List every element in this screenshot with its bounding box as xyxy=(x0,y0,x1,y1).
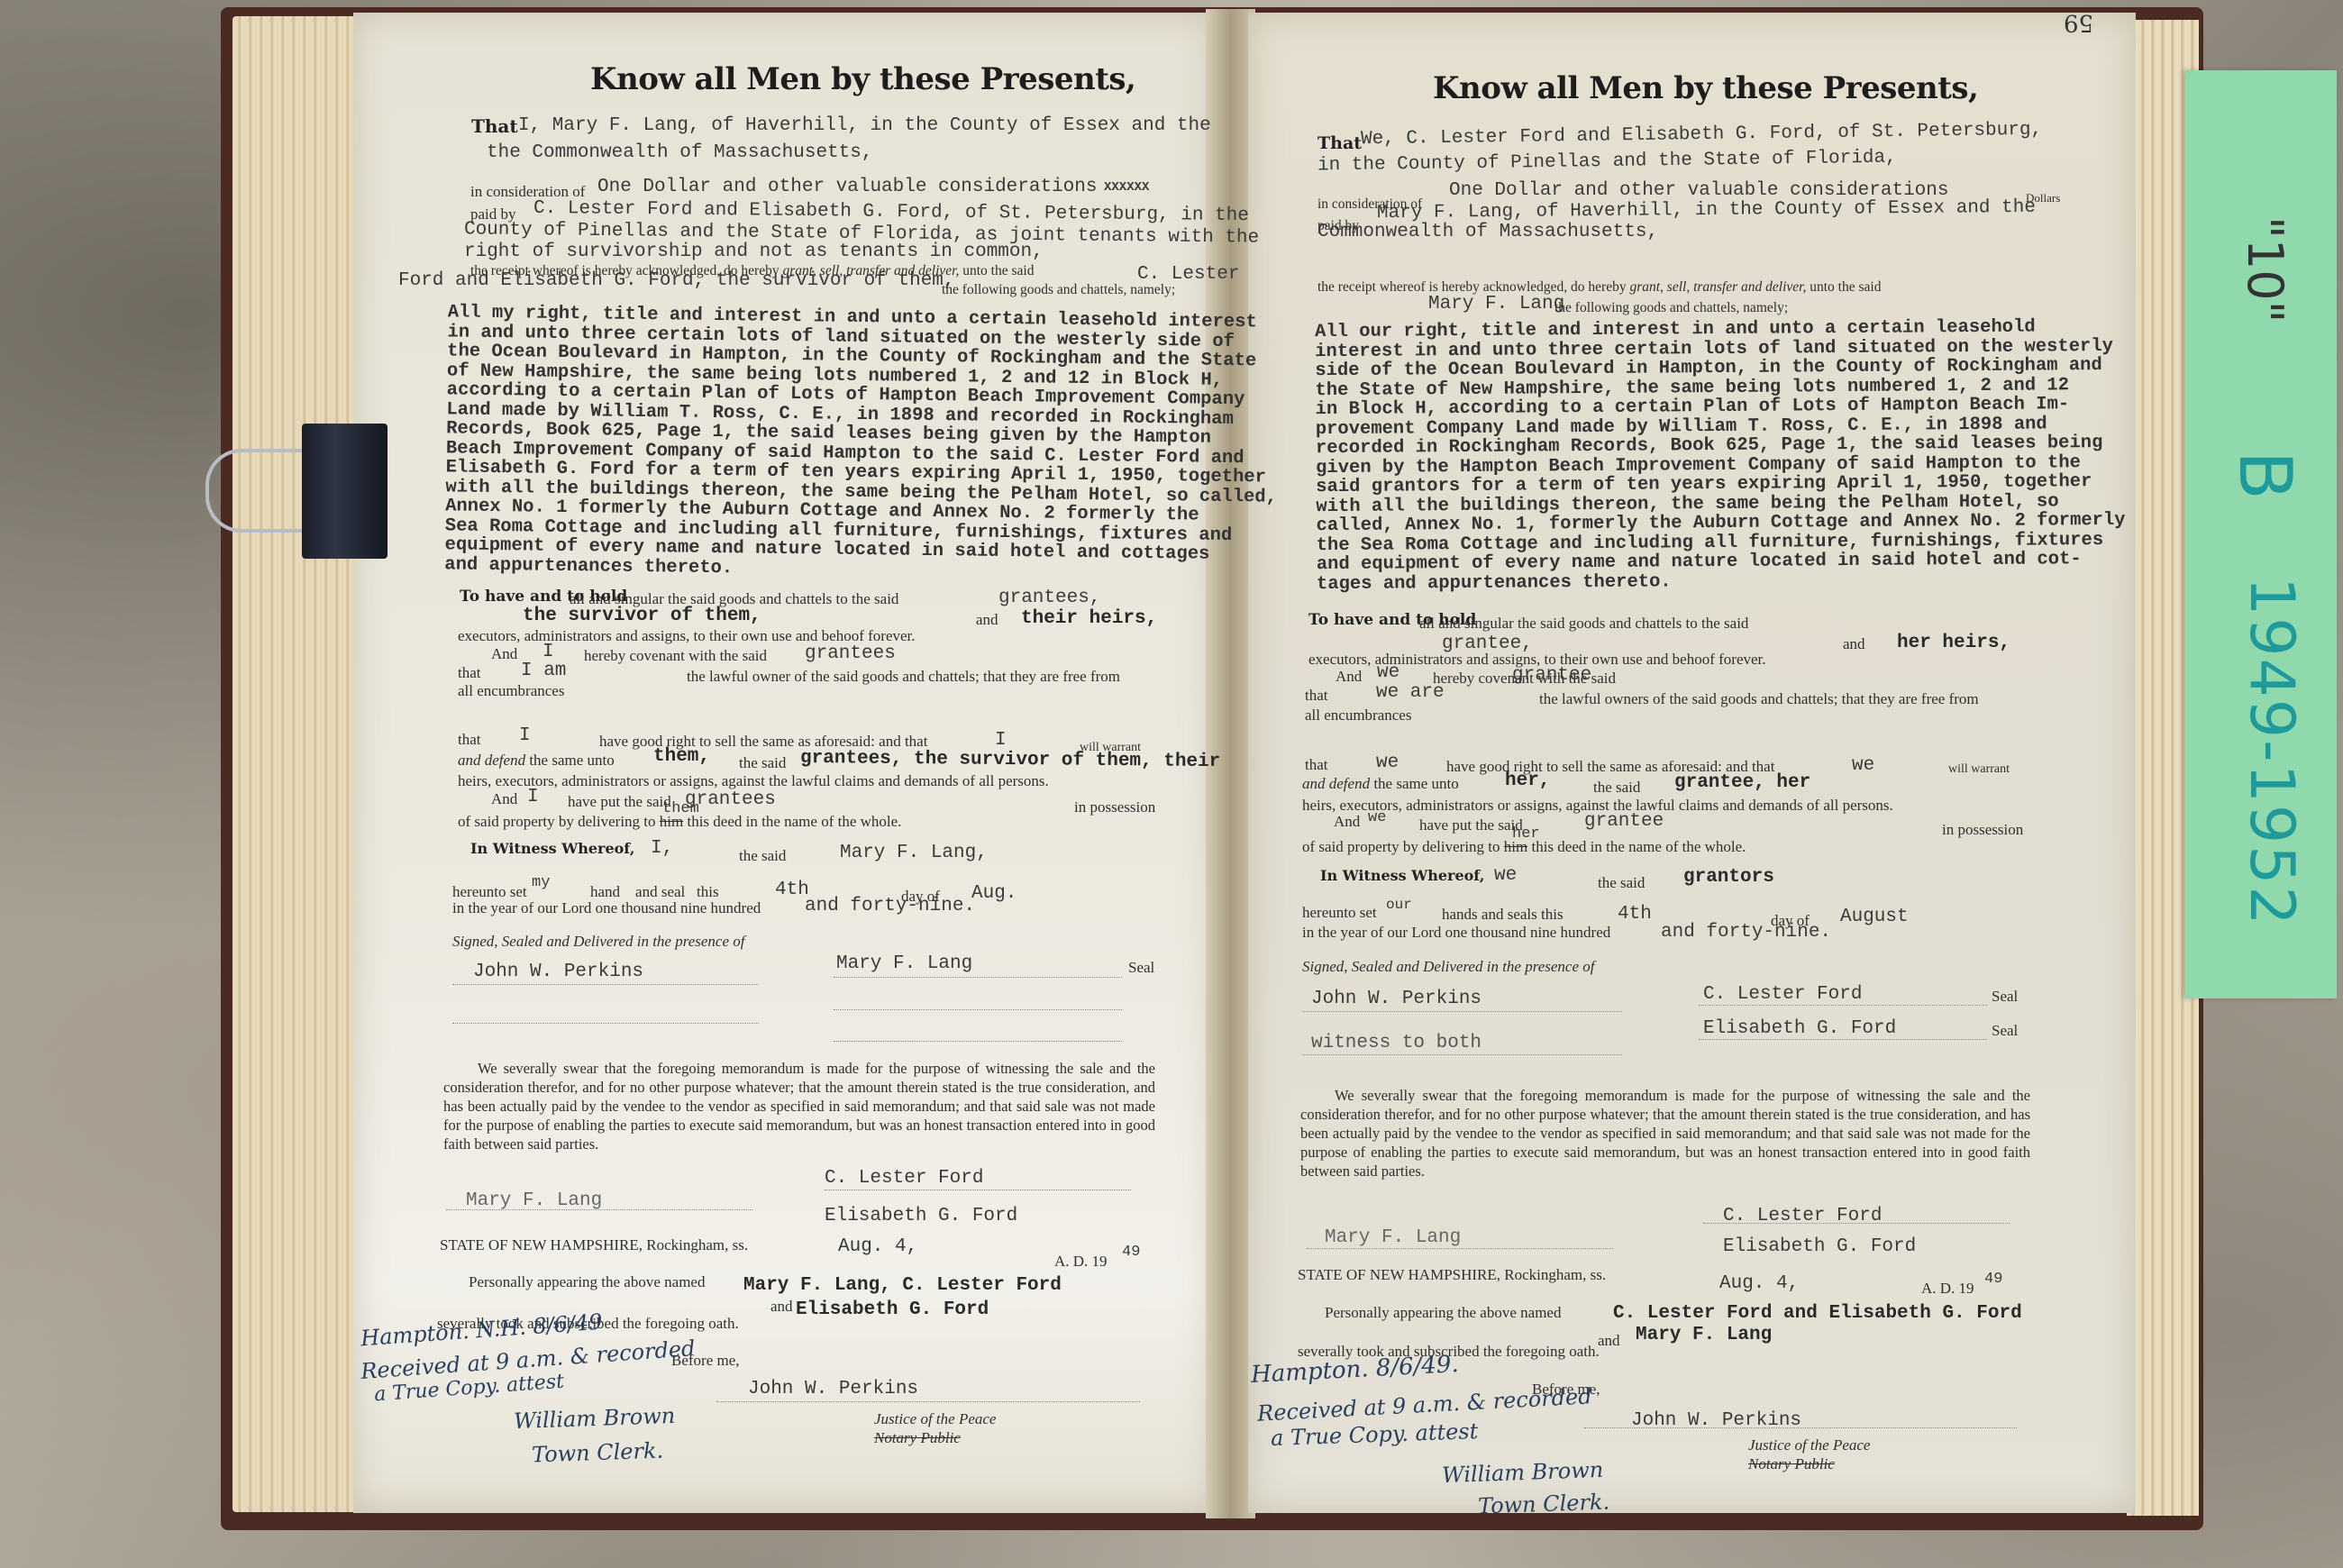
right-and-put: And xyxy=(1334,813,1360,831)
left-signed-label: Signed, Sealed and Delivered in the pres… xyxy=(452,933,744,951)
right-witness-line xyxy=(1302,1011,1622,1012)
left-defend-to: them, xyxy=(653,746,710,767)
right-appearing: Personally appearing the above named xyxy=(1325,1304,1561,1322)
left-jp-line xyxy=(716,1401,1140,1402)
left-oath-line1 xyxy=(825,1190,1131,1190)
left-hand-seal: hand and seal this xyxy=(590,883,719,901)
left-dollars-struck: XXXXXX xyxy=(1104,180,1149,195)
left-habendum-grantee: grantees, xyxy=(998,588,1100,608)
right-jp-line xyxy=(1584,1427,2017,1428)
right-hand-seal: hands and seals this xyxy=(1442,906,1564,924)
left-notary-struck: Notary Public xyxy=(874,1429,961,1447)
right-owner-subject: we are xyxy=(1376,682,1445,703)
right-defend-parties: grantee, her xyxy=(1674,772,1810,793)
right-receipt: the receipt whereof is hereby acknowledg… xyxy=(1317,279,1881,296)
right-witness-signature: John W. Perkins xyxy=(1311,989,1481,1009)
left-and-put: And xyxy=(491,790,517,808)
right-right-subject: we xyxy=(1376,752,1399,773)
right-witness-name: grantors xyxy=(1683,867,1774,888)
left-oath-line-left xyxy=(446,1209,752,1210)
left-signer-line-3 xyxy=(834,1041,1122,1042)
right-year-value: and forty-nine. xyxy=(1661,922,1831,943)
left-paid-by-line3: right of survivorship and not as tenants… xyxy=(464,242,1044,262)
right-seal-label-1: Seal xyxy=(1992,988,2018,1006)
right-year-text: in the year of our Lord one thousand nin… xyxy=(1302,924,1610,942)
right-oath-line1 xyxy=(1703,1223,2010,1224)
right-put-text: have put the said xyxy=(1419,816,1523,834)
right-hereunto: hereunto set xyxy=(1302,904,1377,922)
left-appearing: Personally appearing the above named xyxy=(469,1273,705,1291)
right-witness-lead: In Witness Whereof, xyxy=(1320,867,1484,884)
right-habendum-text: all and singular the said goods and chat… xyxy=(1419,615,1748,633)
right-warrant-subject: we xyxy=(1852,755,1874,776)
right-day: 4th xyxy=(1618,904,1652,925)
right-appearing-names: C. Lester Ford and Elisabeth G. Ford xyxy=(1613,1303,2022,1324)
left-signer-line xyxy=(834,977,1122,978)
left-oath-sig-right1: C. Lester Ford xyxy=(825,1168,983,1189)
left-year-value: and forty-nine. xyxy=(805,896,975,916)
right-signer2-signature: Elisabeth G. Ford xyxy=(1703,1018,1896,1039)
left-ad: A. D. 19 xyxy=(1054,1253,1108,1271)
left-that-label: that xyxy=(458,664,481,682)
page-number: 59 xyxy=(2064,9,2093,36)
left-seal-label: Seal xyxy=(1128,959,1154,977)
left-oath-sig-right2: Elisabeth G. Ford xyxy=(825,1206,1017,1226)
left-appearing-names2: Elisabeth G. Ford xyxy=(796,1299,989,1320)
right-defend: and defend the same unto xyxy=(1302,775,1459,793)
left-right-subject: I xyxy=(519,725,531,746)
left-put-subject: I xyxy=(527,787,539,807)
right-delivering: of said property by delivering to him th… xyxy=(1302,838,1746,856)
right-month: August xyxy=(1840,907,1909,927)
right-ad: A. D. 19 xyxy=(1921,1280,1974,1298)
left-put-text: have put the said xyxy=(568,793,671,811)
left-habendum-heirs: their heirs, xyxy=(1021,608,1157,629)
right-that-right: that xyxy=(1305,756,1328,774)
right-witness-subject: we xyxy=(1494,865,1517,886)
right-signer2-line xyxy=(1699,1039,1987,1040)
left-hereunto: hereunto set xyxy=(452,883,527,901)
left-witness-subject: I, xyxy=(651,838,673,859)
left-jp-title: Justice of the Peace xyxy=(874,1410,996,1428)
left-the-said: the said xyxy=(739,754,786,772)
left-goods-label: the following goods and chattels, namely… xyxy=(942,282,1175,298)
right-oath-text: We severally swear that the foregoing me… xyxy=(1300,1086,2030,1181)
right-oath-sig-left: Mary F. Lang xyxy=(1325,1227,1461,1248)
left-defend: and defend the same unto xyxy=(458,752,615,770)
left-habendum-and: and xyxy=(976,611,998,629)
right-signer1-line xyxy=(1699,1005,1987,1006)
left-page-title: Know all Men by these Presents, xyxy=(590,61,1135,97)
left-oath-sig-left: Mary F. Lang xyxy=(466,1190,602,1211)
right-habendum-heirs: her heirs, xyxy=(1897,633,2010,653)
left-that-right: that xyxy=(458,731,481,749)
left-grantor-line1: I, Mary F. Lang, of Haverhill, in the Co… xyxy=(518,115,1211,136)
right-oath-date: Aug. 4, xyxy=(1719,1273,1799,1294)
left-encumbrances: all encumbrances xyxy=(458,682,564,700)
binder-clip xyxy=(302,424,387,559)
left-witness-the-said: the said xyxy=(739,847,786,865)
right-covenant-with: grantee xyxy=(1512,665,1591,686)
left-habendum-grantee2: the survivor of them, xyxy=(523,606,761,626)
right-in-possession: in possession xyxy=(1942,821,2023,839)
right-appearing-names2: Mary F. Lang xyxy=(1636,1325,1772,1345)
left-owner-text: the lawful owner of the said goods and c… xyxy=(687,668,1120,686)
right-grantee-line: Mary F. Lang xyxy=(1428,294,1564,315)
sticky-note-number: "10" xyxy=(2237,216,2293,323)
right-appearing-and: and xyxy=(1598,1332,1620,1350)
left-jp-name: John W. Perkins xyxy=(748,1379,918,1399)
left-signer-signature: Mary F. Lang xyxy=(836,953,972,974)
left-consideration-value: One Dollar and other valuable considerat… xyxy=(597,177,1098,197)
left-witness-lead: In Witness Whereof, xyxy=(470,840,634,857)
left-habendum-executors: executors, administrators and assigns, t… xyxy=(458,627,916,645)
right-page-title: Know all Men by these Presents, xyxy=(1433,70,1978,106)
right-put-party: grantee xyxy=(1584,811,1664,832)
right-possessive: our xyxy=(1386,897,1412,913)
left-that-lead: That xyxy=(471,115,518,137)
sticky-note-range: 1949-1952 xyxy=(2236,577,2307,927)
left-receipt-unto: unto the said xyxy=(962,263,1034,278)
left-heirs-text: heirs, executors, administrators or assi… xyxy=(458,772,1049,790)
left-year-text: in the year of our Lord one thousand nin… xyxy=(452,899,761,917)
right-jp-title: Justice of the Peace xyxy=(1748,1436,1870,1454)
right-owner-text: the lawful owners of the said goods and … xyxy=(1539,690,1979,708)
left-covenant-text: hereby covenant with the said xyxy=(584,647,767,665)
left-appearing-names: Mary F. Lang, C. Lester Ford xyxy=(743,1275,1062,1296)
left-covenant-subject: I xyxy=(542,642,554,662)
right-the-said: the said xyxy=(1593,779,1640,797)
right-description: All our right, title and interest in and… xyxy=(1315,317,2126,594)
left-possessive: my xyxy=(532,874,550,891)
left-covenant-with: grantees xyxy=(805,643,896,664)
right-handwritten-title: Town Clerk. xyxy=(1478,1489,1610,1518)
left-page-stack xyxy=(232,16,359,1512)
left-appearing-and: and xyxy=(770,1298,793,1316)
right-will-warrant: will warrant xyxy=(1948,762,2010,777)
right-signed-label: Signed, Sealed and Delivered in the pres… xyxy=(1302,958,1594,976)
right-witness-note: witness to both xyxy=(1311,1033,1481,1053)
right-encumbrances: all encumbrances xyxy=(1305,707,1411,725)
left-handwritten-title: Town Clerk. xyxy=(532,1437,664,1467)
right-defend-to: her, xyxy=(1505,770,1550,791)
right-that-label: that xyxy=(1305,687,1328,705)
left-description: All my right, title and interest in and … xyxy=(444,303,1279,584)
left-in-possession: in possession xyxy=(1074,798,1155,816)
left-warrant-subject: I xyxy=(995,730,1007,751)
right-habendum-and: and xyxy=(1843,635,1865,653)
left-signer-line-2 xyxy=(834,1009,1122,1010)
left-grantee-line: Ford and Elisabeth G. Ford, the survivor… xyxy=(398,270,955,291)
right-signer1-signature: C. Lester Ford xyxy=(1703,984,1862,1005)
left-witness-line-2 xyxy=(452,1023,759,1024)
right-put-subject: we xyxy=(1368,809,1386,826)
left-oath-text: We severally swear that the foregoing me… xyxy=(443,1059,1155,1153)
left-owner-subject: I am xyxy=(521,661,566,681)
right-that-lead: That xyxy=(1317,133,1362,153)
left-delivering: of said property by delivering to him th… xyxy=(458,813,901,831)
right-covenant-subject: we xyxy=(1377,662,1399,683)
right-and-label: And xyxy=(1336,668,1362,686)
left-witness-line xyxy=(452,984,759,985)
right-notary-struck: Notary Public xyxy=(1748,1455,1835,1473)
left-witness-name: Mary F. Lang, xyxy=(840,843,988,863)
right-state: STATE OF NEW HAMPSHIRE, Rockingham, ss. xyxy=(1298,1266,1606,1284)
right-paid-by-line2: Commonwealth of Massachusetts, xyxy=(1317,222,1658,242)
left-grantor-line2: the Commonwealth of Massachusetts, xyxy=(487,142,872,163)
left-and-label: And xyxy=(491,645,517,663)
sticky-note-letter: B xyxy=(2223,451,2307,500)
right-witness-the-said: the said xyxy=(1598,874,1645,892)
left-witness-signature: John W. Perkins xyxy=(473,962,643,982)
left-month: Aug. xyxy=(971,883,1017,904)
left-ad-year: 49 xyxy=(1122,1244,1140,1261)
right-seal-label-2: Seal xyxy=(1992,1022,2018,1040)
right-ad-year: 49 xyxy=(1984,1271,2002,1288)
left-defend-parties: grantees, the survivor of them, their xyxy=(800,748,1220,772)
left-oath-date: Aug. 4, xyxy=(838,1236,917,1257)
right-witness-line-2 xyxy=(1302,1054,1622,1055)
right-oath-sig-right2: Elisabeth G. Ford xyxy=(1723,1236,1916,1257)
left-state: STATE OF NEW HAMPSHIRE, Rockingham, ss. xyxy=(440,1236,748,1254)
right-oath-line-left xyxy=(1307,1248,1613,1249)
right-goods-label: the following goods and chattels, namely… xyxy=(1554,300,1788,316)
